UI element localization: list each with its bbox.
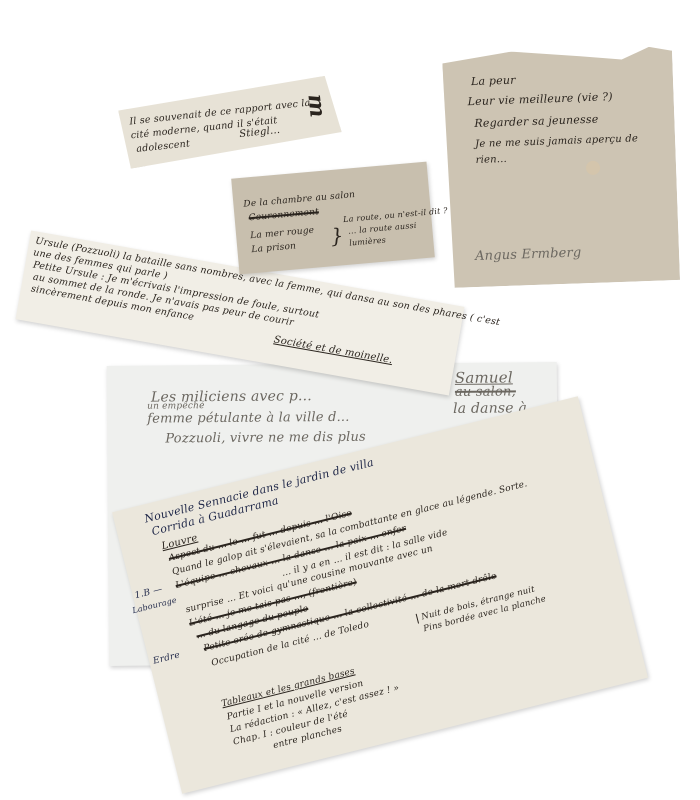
card-line: La prison xyxy=(251,241,296,255)
card-brace-note: La route, ou n'est-il dit ? xyxy=(343,206,448,224)
back-sheet-line: un empêché xyxy=(147,401,205,412)
back-sheet-fragment: au salon, xyxy=(455,384,516,400)
torn-sheet-line: Regarder sa jeunesse xyxy=(474,113,598,130)
torn-sheet-signature: Angus Ermberg xyxy=(475,245,582,264)
torn-sheet-line: Je ne me suis jamais aperçu de xyxy=(475,133,638,150)
card-brace-note: ... la route aussi xyxy=(348,221,417,236)
torn-manuscript-sheet: La peur Leur vie meilleure (vie ?) Regar… xyxy=(442,46,680,288)
strip-underlined-note: Société et de moinelle. xyxy=(273,334,394,366)
top-manuscript-slip: Il se souvenait de ce rapport avec la ci… xyxy=(117,75,343,170)
stamp-mark: m xyxy=(302,93,330,119)
torn-sheet-line: rien... xyxy=(476,154,508,166)
slip-line: adolescent xyxy=(136,138,191,155)
brace-mark: } xyxy=(330,223,345,248)
card-line: La mer rouge xyxy=(250,226,315,242)
card-brace-note: lumières xyxy=(349,235,387,247)
card-line: De la chambre au salon xyxy=(243,190,355,210)
torn-sheet-line: Leur vie meilleure (vie ?) xyxy=(467,90,613,108)
stain-mark xyxy=(586,161,600,175)
back-sheet-line: Pozzuoli, vivre ne me dis plus xyxy=(165,430,366,447)
card-line: Couronnement xyxy=(248,207,319,223)
front-margin-note: Erdre xyxy=(152,650,181,666)
torn-sheet-line: La peur xyxy=(471,74,516,89)
small-manuscript-card: De la chambre au salon Couronnement La m… xyxy=(231,162,435,275)
back-sheet-line: femme pétulante à la ville d... xyxy=(147,410,350,427)
